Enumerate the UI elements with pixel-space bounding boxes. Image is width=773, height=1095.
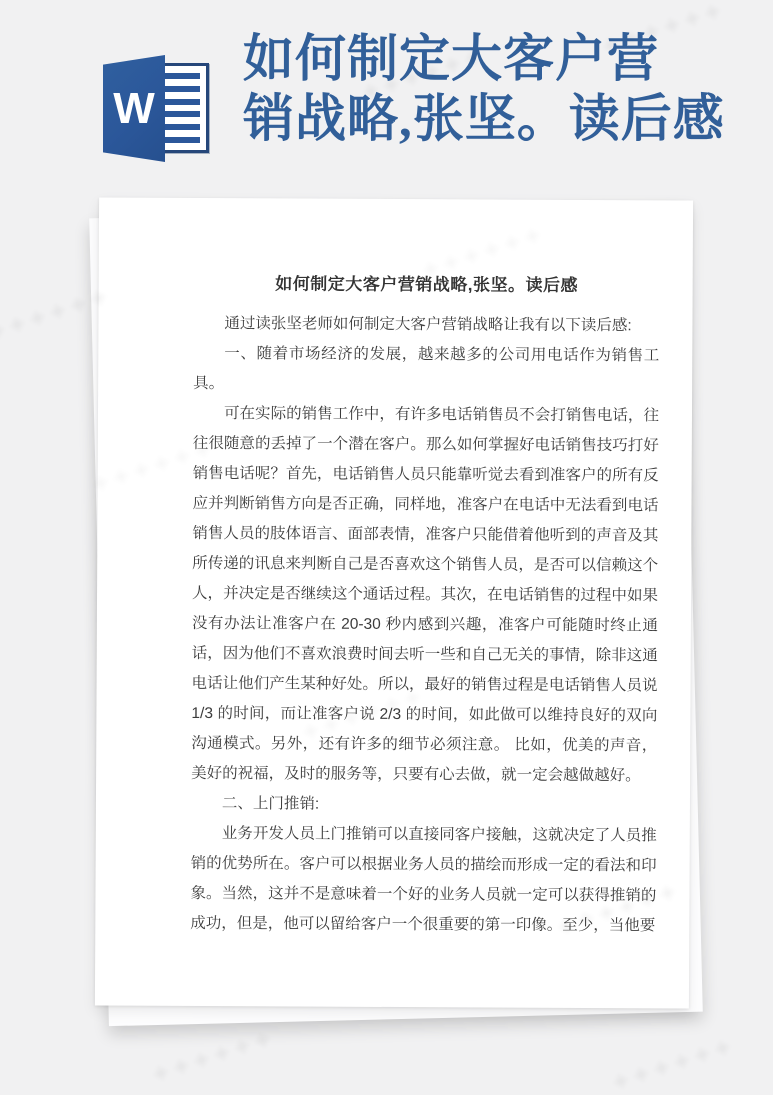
document-title: 如何制定大客户营销战略,张坚。读后感: [194, 269, 660, 301]
watermark: ◈◈◈◈◈◈: [609, 1031, 739, 1094]
preview-canvas: W 如何制定大客户营 销战略,张坚。读后感 如何制定大客户营销战略,张坚。读后感…: [0, 0, 773, 1095]
doc-line: [161, 99, 200, 105]
header: W 如何制定大客户营 销战略,张坚。读后感: [0, 0, 773, 190]
doc-line: [161, 86, 200, 92]
doc-line: [161, 73, 200, 79]
doc-line: [161, 137, 200, 143]
document-content: 如何制定大客户营销战略,张坚。读后感 通过读张坚老师如何制定大客户营销战略让我有…: [190, 269, 660, 941]
word-icon-letter: W: [113, 87, 155, 131]
page-title-line2: 销战略,张坚。读后感: [243, 90, 763, 150]
page-title-line1: 如何制定大客户营: [243, 30, 763, 90]
watermark: ◈◈◈◈◈◈: [149, 1023, 279, 1086]
doc-line: [161, 111, 200, 117]
doc-line: [161, 124, 200, 130]
paragraph: 一、随着市场经济的发展，越来越多的公司用电话作为销售工具。: [193, 339, 659, 401]
paragraph: 可在实际的销售工作中，有许多电话销售员不会打销售电话，往往很随意的丢掉了一个潜在…: [191, 399, 659, 791]
paragraph: 业务开发人员上门推销可以直接同客户接触，这就决定了人员推销的优势所在。客户可以根…: [190, 819, 657, 941]
paragraph: 二、上门推销:: [191, 789, 657, 821]
word-document-icon: W: [103, 55, 211, 162]
page-title: 如何制定大客户营 销战略,张坚。读后感: [243, 30, 763, 150]
paragraph: 通过读张坚老师如何制定大客户营销战略让我有以下读后感:: [193, 309, 659, 341]
word-icon-panel: W: [103, 55, 165, 162]
document-page: 如何制定大客户营销战略,张坚。读后感 通过读张坚老师如何制定大客户营销战略让我有…: [95, 197, 693, 1008]
